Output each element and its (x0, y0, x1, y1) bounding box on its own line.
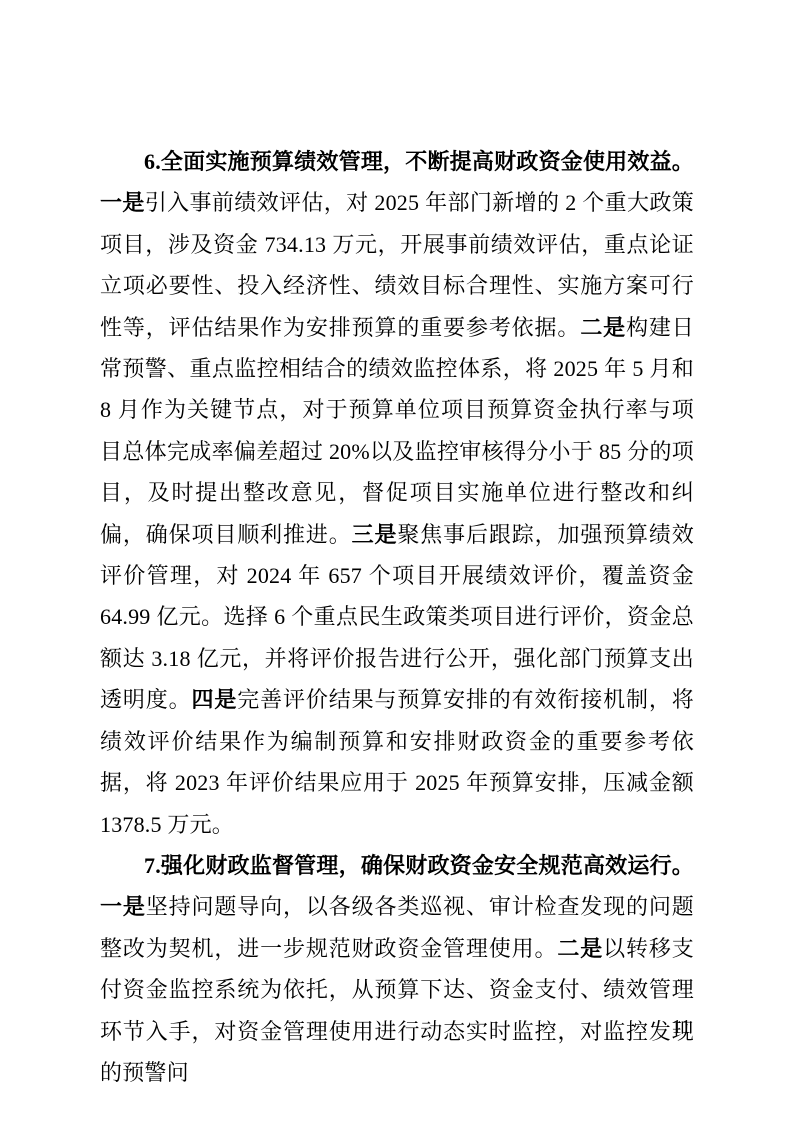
section-6-text-2: 构建日常预警、重点监控相结合的绩效监控体系，将 2025 年 5 月和 8 月作… (100, 315, 694, 547)
document-page: 6.全面实施预算绩效管理，不断提高财政资金使用效益。一是引入事前绩效评估，对 2… (0, 0, 793, 1122)
section-6-marker-3: 三是 (352, 522, 398, 547)
document-body: 6.全面实施预算绩效管理，不断提高财政资金使用效益。一是引入事前绩效评估，对 2… (100, 141, 694, 1093)
section-6-marker-2: 二是 (580, 315, 626, 340)
section-7-heading: 7.强化财政监督管理，确保财政资金安全规范高效运行。 (144, 853, 694, 878)
section-6-text-3: 聚焦事后跟踪，加强预算绩效评价管理，对 2024 年 657 个项目开展绩效评价… (100, 522, 694, 713)
paragraph-section-6: 6.全面实施预算绩效管理，不断提高财政资金使用效益。一是引入事前绩效评估，对 2… (100, 141, 694, 845)
section-6-marker-1: 一是 (100, 190, 145, 215)
page-number: 11 (672, 1013, 691, 1041)
section-7-marker-2: 二是 (557, 936, 603, 961)
section-6-marker-4: 四是 (191, 687, 237, 712)
paragraph-section-7: 7.强化财政监督管理，确保财政资金安全规范高效运行。一是坚持问题导向，以各级各类… (100, 845, 694, 1093)
section-6-heading: 6.全面实施预算绩效管理，不断提高财政资金使用效益。 (144, 149, 694, 174)
section-7-marker-1: 一是 (100, 894, 146, 919)
